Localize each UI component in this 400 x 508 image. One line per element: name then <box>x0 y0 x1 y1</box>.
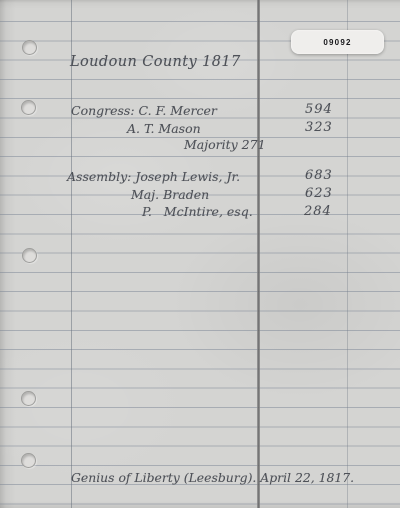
vote-count: 594 <box>305 102 333 117</box>
candidate-label: Maj. Braden <box>131 187 209 202</box>
id-label-number: 09092 <box>323 38 351 47</box>
page-title: Loudoun County 1817 <box>70 55 241 70</box>
punch-hole <box>22 248 37 263</box>
punch-hole <box>21 100 36 115</box>
vote-count: 683 <box>305 168 333 183</box>
id-label-sticker: 09092 <box>291 30 384 54</box>
candidate-label: P. McIntire, esq. <box>142 204 253 219</box>
source-citation: Genius of Liberty (Leesburg). April 22, … <box>71 470 354 485</box>
vote-count: 623 <box>305 186 333 201</box>
candidate-label: A. T. Mason <box>127 121 201 136</box>
vote-count: 284 <box>304 204 332 219</box>
column-divider-line <box>257 0 260 508</box>
candidate-label: Assembly: Joseph Lewis, Jr. <box>67 169 240 184</box>
majority-note: Majority 271 <box>184 137 266 152</box>
punch-hole <box>21 453 36 468</box>
vote-count: 323 <box>305 120 333 135</box>
candidate-label: Congress: C. F. Mercer <box>71 103 217 118</box>
punch-hole <box>21 391 36 406</box>
right-faint-line <box>347 0 348 508</box>
ruled-lines <box>0 21 400 508</box>
notebook-page-scan: 09092 Loudoun County 1817 Congress: C. F… <box>0 0 400 508</box>
punch-hole <box>22 40 37 55</box>
left-margin-line <box>71 0 72 508</box>
